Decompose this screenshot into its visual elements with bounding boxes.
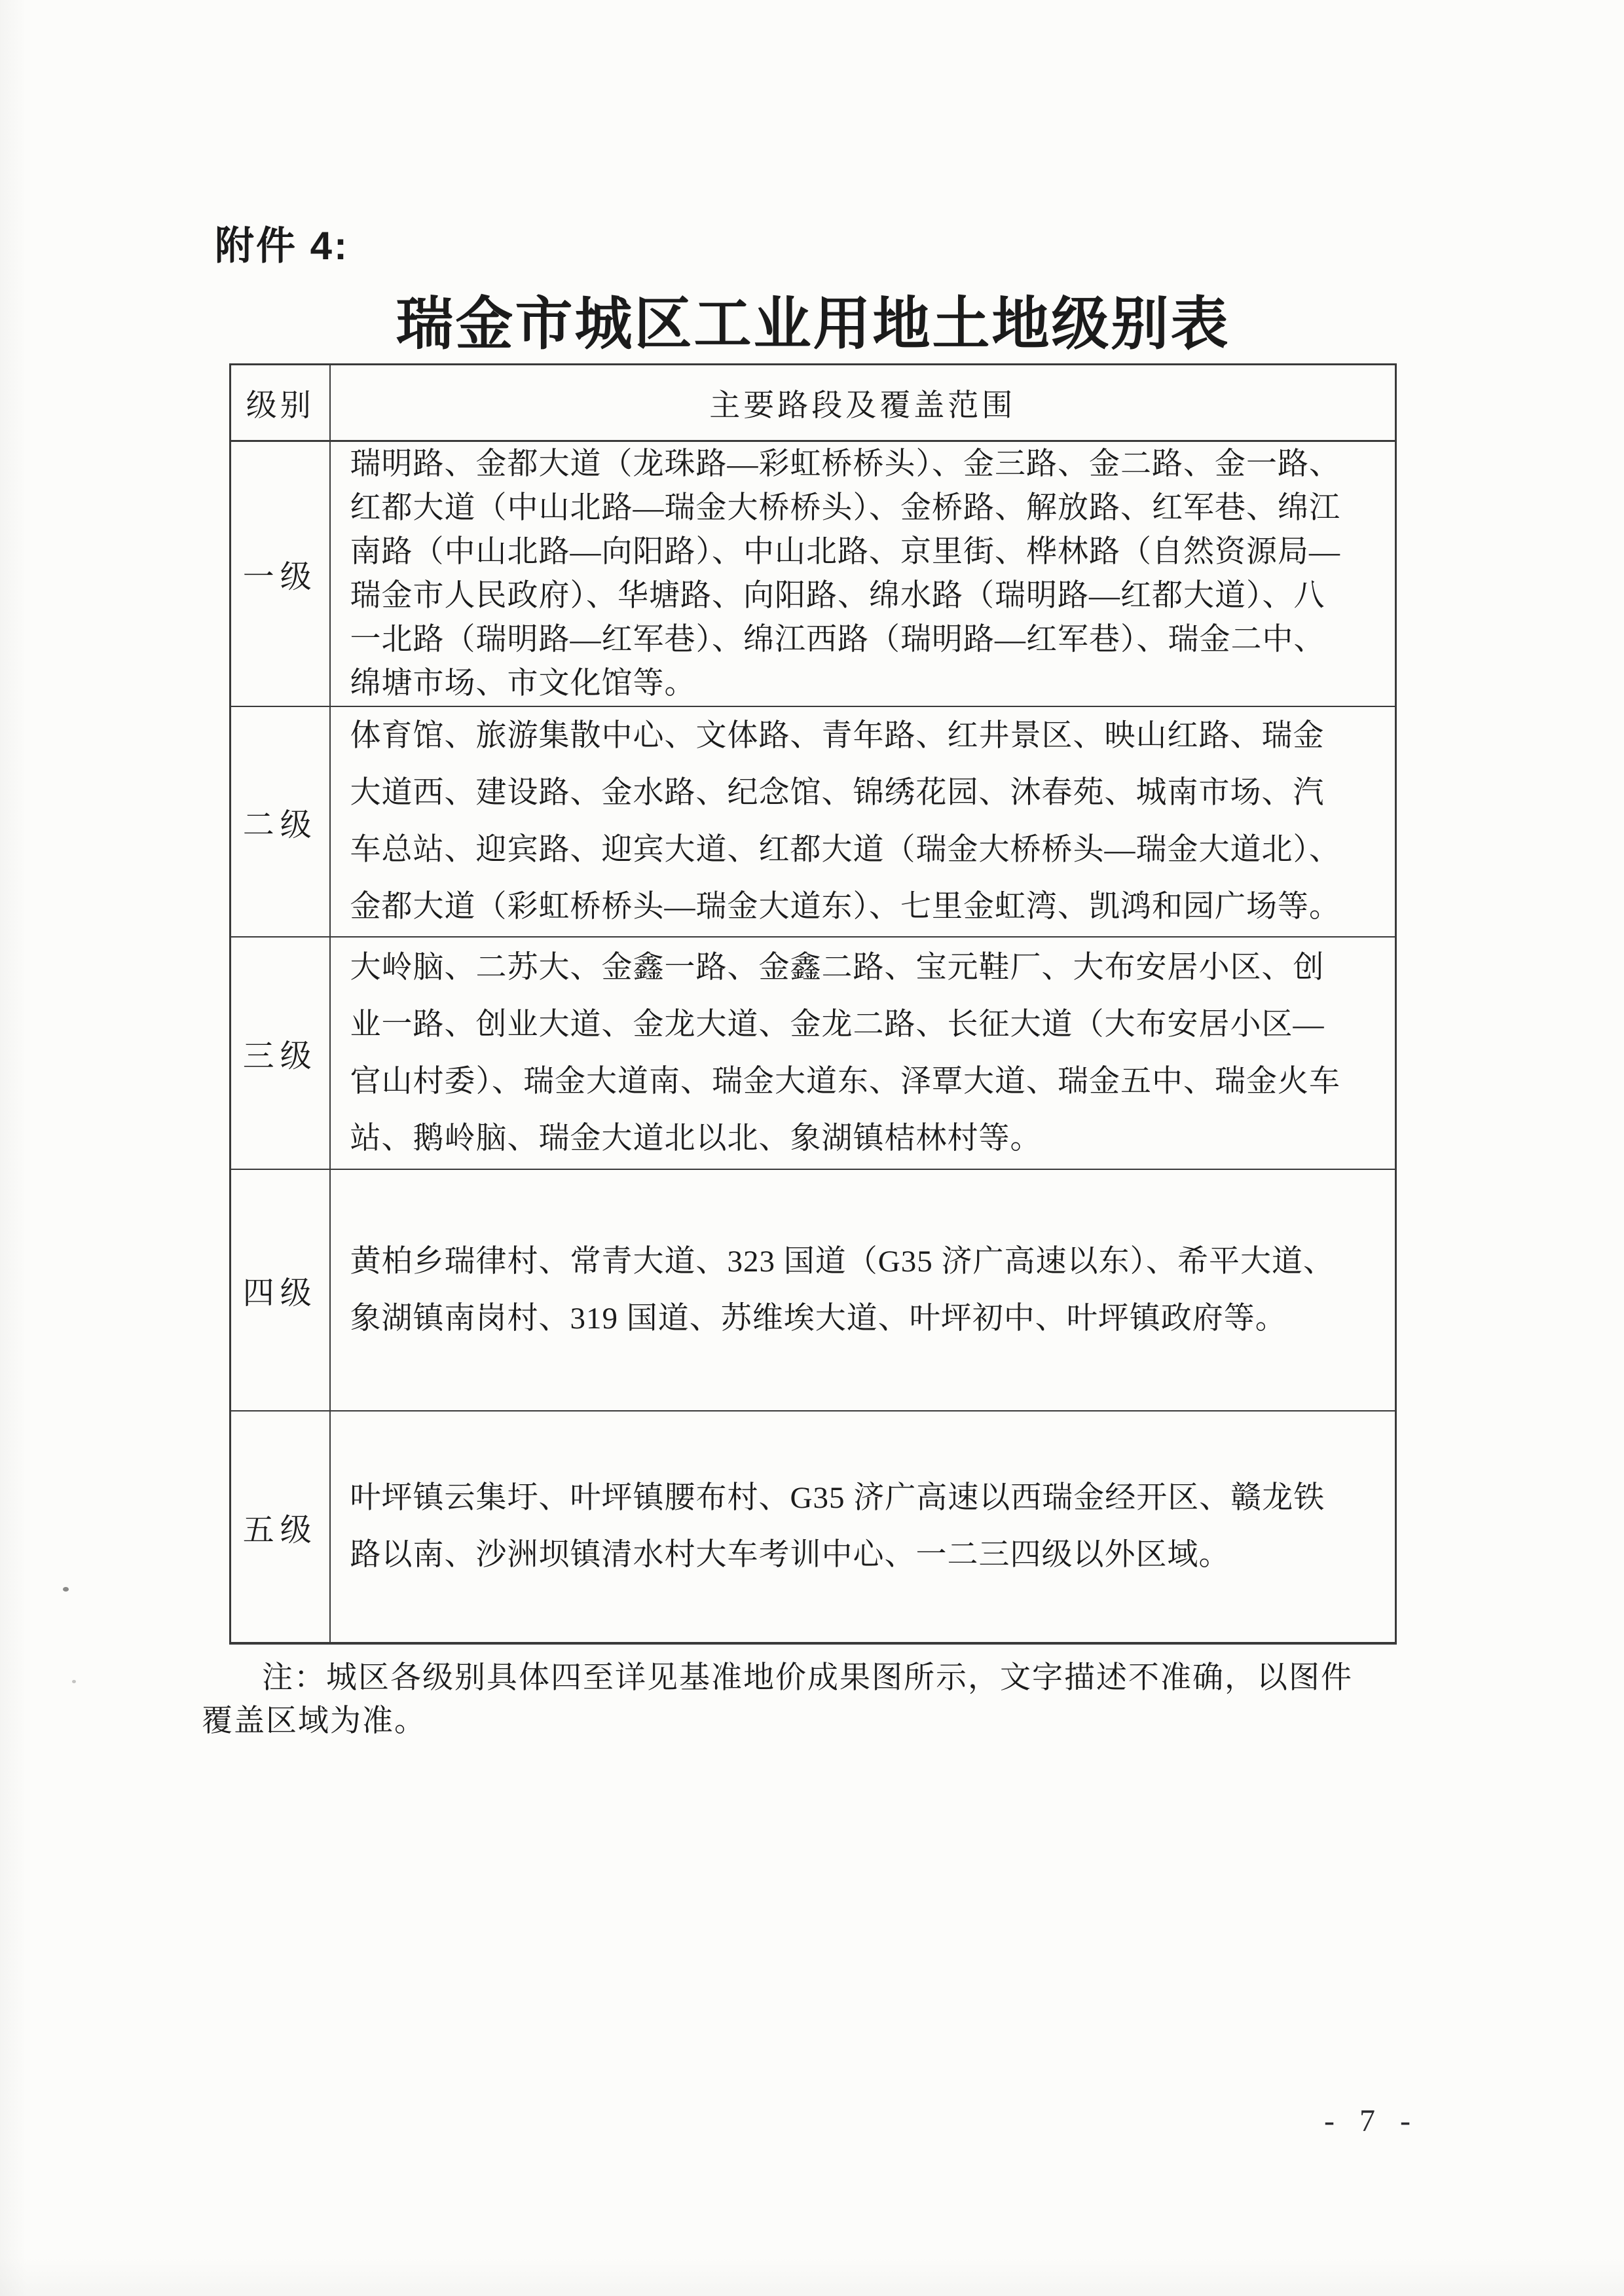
table-row-grade-4: 四级 黄柏乡瑞律村、常青大道、323 国道（G35 济广高速以东）、希平大道、 … (231, 1169, 1396, 1411)
grade-cell: 一级 (231, 441, 330, 707)
scope-cell: 叶坪镇云集圩、叶坪镇腰布村、G35 济广高速以西瑞金经开区、赣龙铁 路以南、沙洲… (330, 1411, 1396, 1643)
grade-cell: 三级 (231, 937, 330, 1169)
attachment-label: 附件 4: (215, 215, 349, 271)
scope-column-header: 主要路段及覆盖范围 (330, 365, 1396, 441)
footnote: 注：城区各级别具体四至详见基准地价成果图所示，文字描述不准确，以图件 覆盖区域为… (202, 1656, 1413, 1743)
table-row-grade-5: 五级 叶坪镇云集圩、叶坪镇腰布村、G35 济广高速以西瑞金经开区、赣龙铁 路以南… (231, 1411, 1396, 1643)
document-page: 附件 4: 瑞金市城区工业用地土地级别表 级别 主要路段及覆盖范围 一级 瑞明路… (0, 0, 1624, 2296)
page-title: 瑞金市城区工业用地土地级别表 (229, 278, 1397, 361)
scope-cell: 黄柏乡瑞律村、常青大道、323 国道（G35 济广高速以东）、希平大道、 象湖镇… (330, 1169, 1396, 1411)
table-row-grade-2: 二级 体育馆、旅游集散中心、文体路、青年路、红井景区、映山红路、瑞金 大道西、建… (231, 706, 1396, 937)
table-row-grade-3: 三级 大岭脑、二苏大、金鑫一路、金鑫二路、宝元鞋厂、大布安居小区、创 业一路、创… (231, 937, 1396, 1169)
land-grade-table: 级别 主要路段及覆盖范围 一级 瑞明路、金都大道（龙珠路—彩虹桥桥头）、金三路、… (229, 363, 1397, 1645)
page-number: - 7 - (1324, 2103, 1413, 2139)
scope-cell: 体育馆、旅游集散中心、文体路、青年路、红井景区、映山红路、瑞金 大道西、建设路、… (330, 706, 1396, 937)
table-row-grade-1: 一级 瑞明路、金都大道（龙珠路—彩虹桥桥头）、金三路、金二路、金一路、 红都大道… (231, 441, 1396, 707)
scope-cell: 瑞明路、金都大道（龙珠路—彩虹桥桥头）、金三路、金二路、金一路、 红都大道（中山… (330, 441, 1396, 707)
grade-cell: 二级 (231, 706, 330, 937)
table-header-row: 级别 主要路段及覆盖范围 (231, 365, 1396, 441)
grade-cell: 四级 (231, 1169, 330, 1411)
scope-cell: 大岭脑、二苏大、金鑫一路、金鑫二路、宝元鞋厂、大布安居小区、创 业一路、创业大道… (330, 937, 1396, 1169)
scan-speck (63, 1587, 69, 1592)
grade-column-header: 级别 (231, 365, 330, 441)
grade-cell: 五级 (231, 1411, 330, 1643)
scan-speck (72, 1680, 76, 1683)
